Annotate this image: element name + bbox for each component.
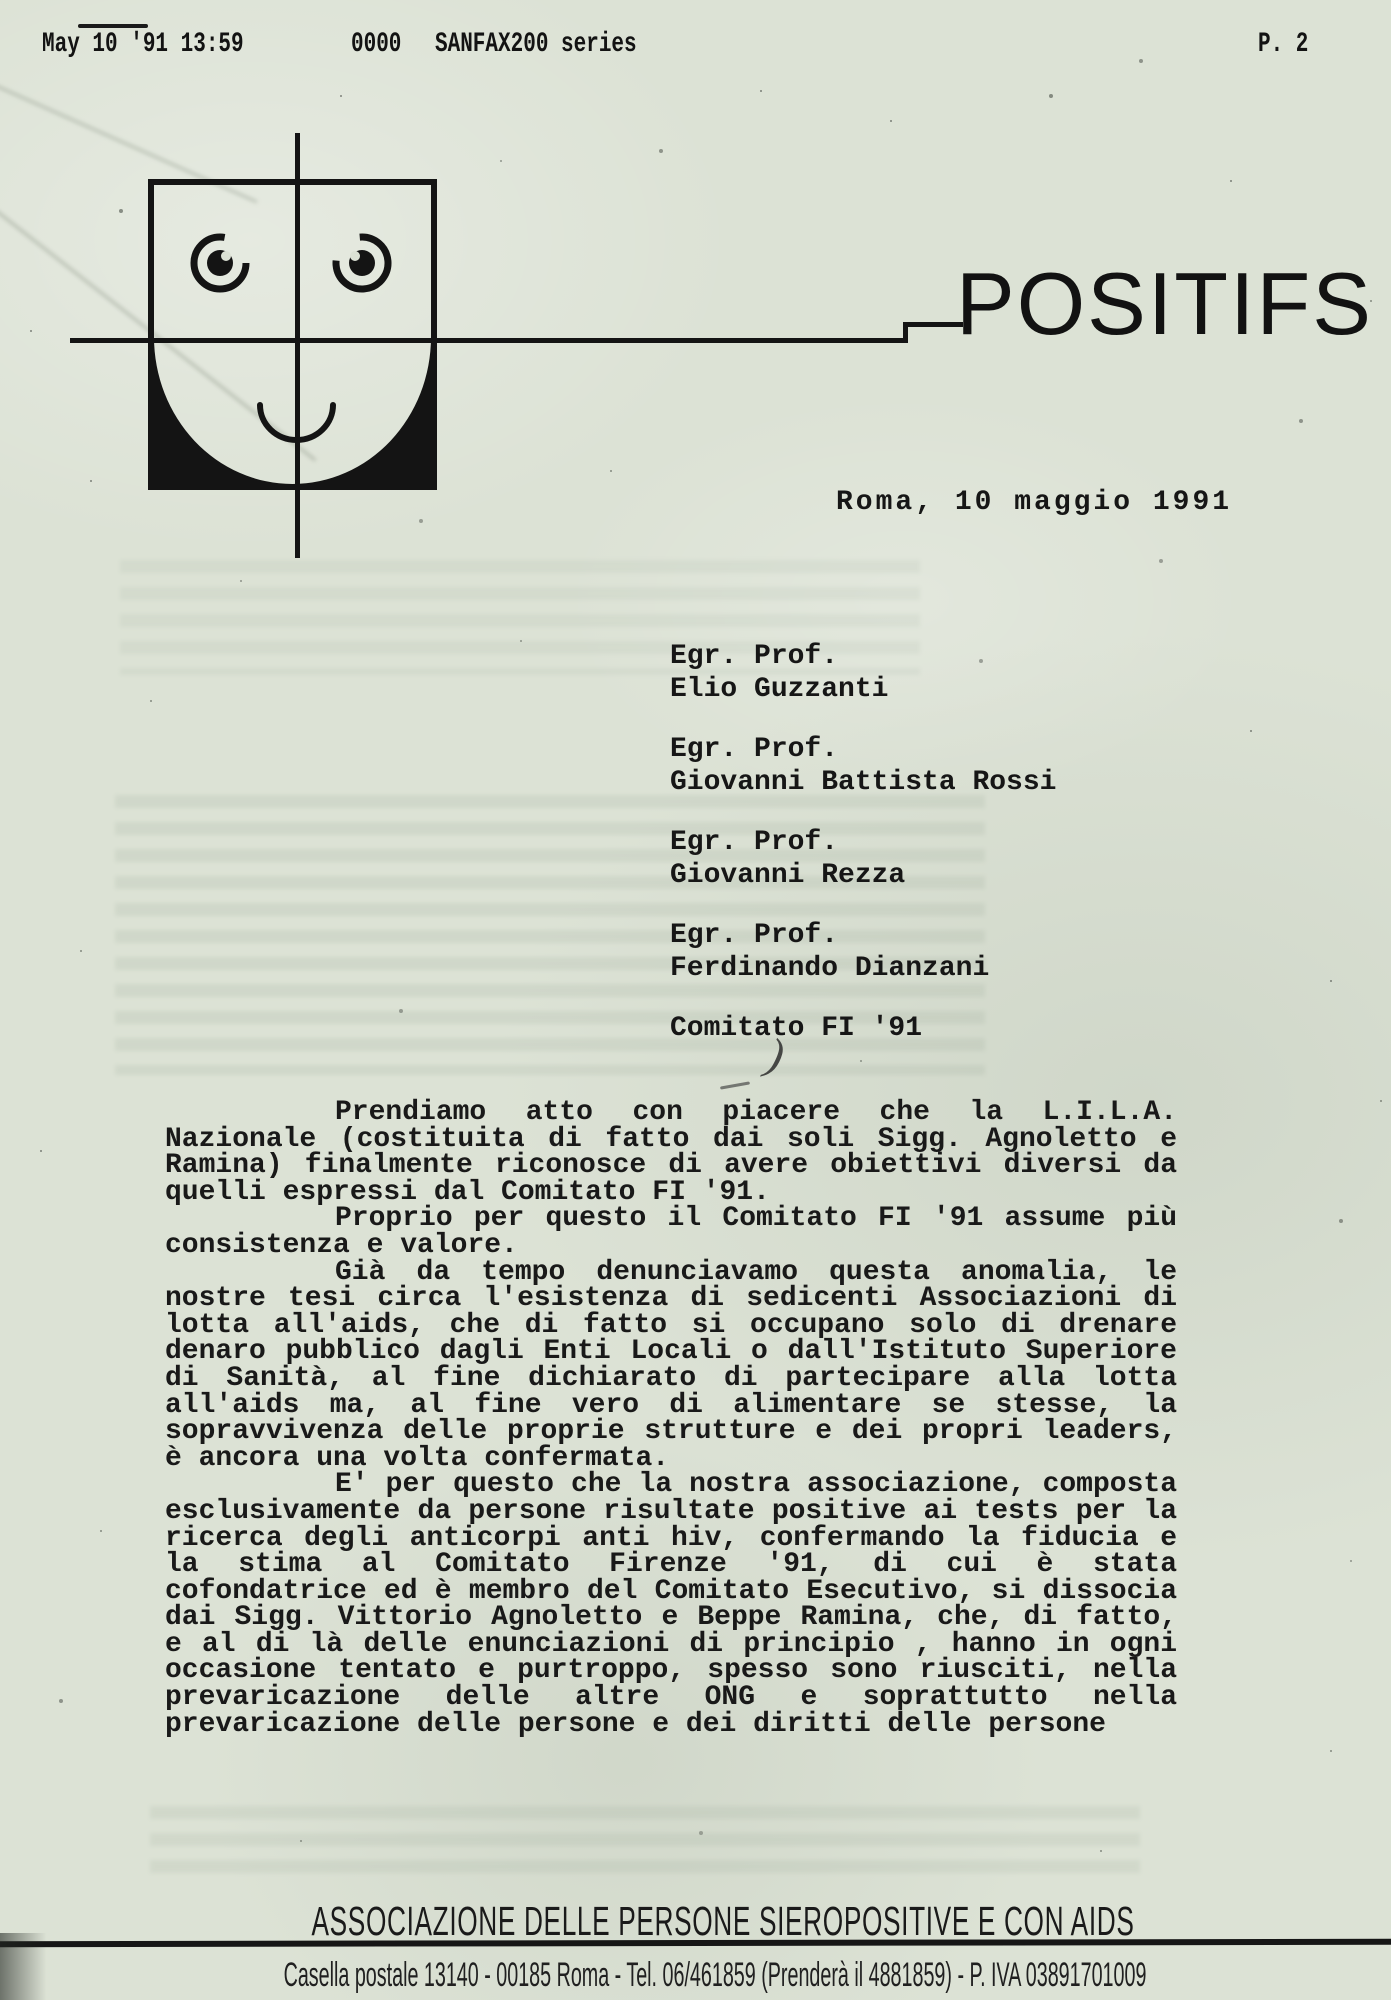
recipient-organization: Comitato FI '91 — [670, 1012, 1056, 1045]
footer-contact-line: Casella postale 13140 - 00185 Roma - Tel… — [284, 1956, 1147, 1995]
logo-vertical-line — [295, 133, 300, 558]
recipient-salutation: Egr. Prof. — [670, 919, 1056, 952]
recipient-salutation: Egr. Prof. — [670, 733, 1056, 766]
recipient-entry: Egr. Prof. Ferdinando Dianzani — [670, 919, 1056, 985]
bleed-through-text — [150, 1806, 1140, 1878]
body-paragraph: E' per questo che la nostra associazione… — [165, 1472, 1177, 1738]
recipient-list: Egr. Prof. Elio Guzzanti Egr. Prof. Giov… — [670, 640, 1056, 1045]
letter-body: Prendiamo atto con piacere che la L.I.L.… — [165, 1100, 1177, 1738]
scan-speckles — [0, 0, 2, 2]
body-paragraph: Prendiamo atto con piacere che la L.I.L.… — [165, 1100, 1177, 1206]
recipient-entry: Egr. Prof. Giovanni Battista Rossi — [670, 733, 1056, 799]
masthead-rule — [70, 338, 908, 343]
masthead-rule-upper — [903, 322, 963, 327]
body-paragraph: Già da tempo denunciavamo questa anomali… — [165, 1260, 1177, 1473]
fax-timestamp: May 10 '91 13:59 — [42, 30, 244, 60]
recipient-entry: Egr. Prof. Elio Guzzanti — [670, 640, 1056, 706]
recipient-name: Giovanni Battista Rossi — [670, 766, 1056, 799]
recipient-name: Giovanni Rezza — [670, 859, 1056, 892]
fax-header-overline — [78, 24, 148, 28]
scan-edge-shadow — [0, 1933, 62, 2000]
fax-station-id: 0000 — [351, 30, 401, 60]
dateline: Roma, 10 maggio 1991 — [836, 487, 1232, 518]
association-name: ASSOCIAZIONE DELLE PERSONE SIEROPOSITIVE… — [312, 1898, 1135, 1945]
recipient-entry: Egr. Prof. Giovanni Rezza — [670, 826, 1056, 892]
body-paragraph: Proprio per questo il Comitato FI '91 as… — [165, 1206, 1177, 1259]
fax-page-scan: May 10 '91 13:59 0000 SANFAX200 series P… — [0, 0, 1391, 2000]
recipient-name: Ferdinando Dianzani — [670, 952, 1056, 985]
handwritten-dash — [720, 1081, 750, 1089]
recipient-salutation: Egr. Prof. — [670, 640, 1056, 673]
recipient-name: Elio Guzzanti — [670, 673, 1056, 706]
masthead-title: POSITIFS — [956, 260, 1373, 348]
fax-page-number: P. 2 — [1258, 30, 1308, 60]
fax-device-name: SANFAX200 series — [435, 30, 637, 60]
smiley-face-logo-icon — [148, 179, 437, 490]
recipient-salutation: Egr. Prof. — [670, 826, 1056, 859]
footer-rule — [0, 1939, 1391, 1947]
